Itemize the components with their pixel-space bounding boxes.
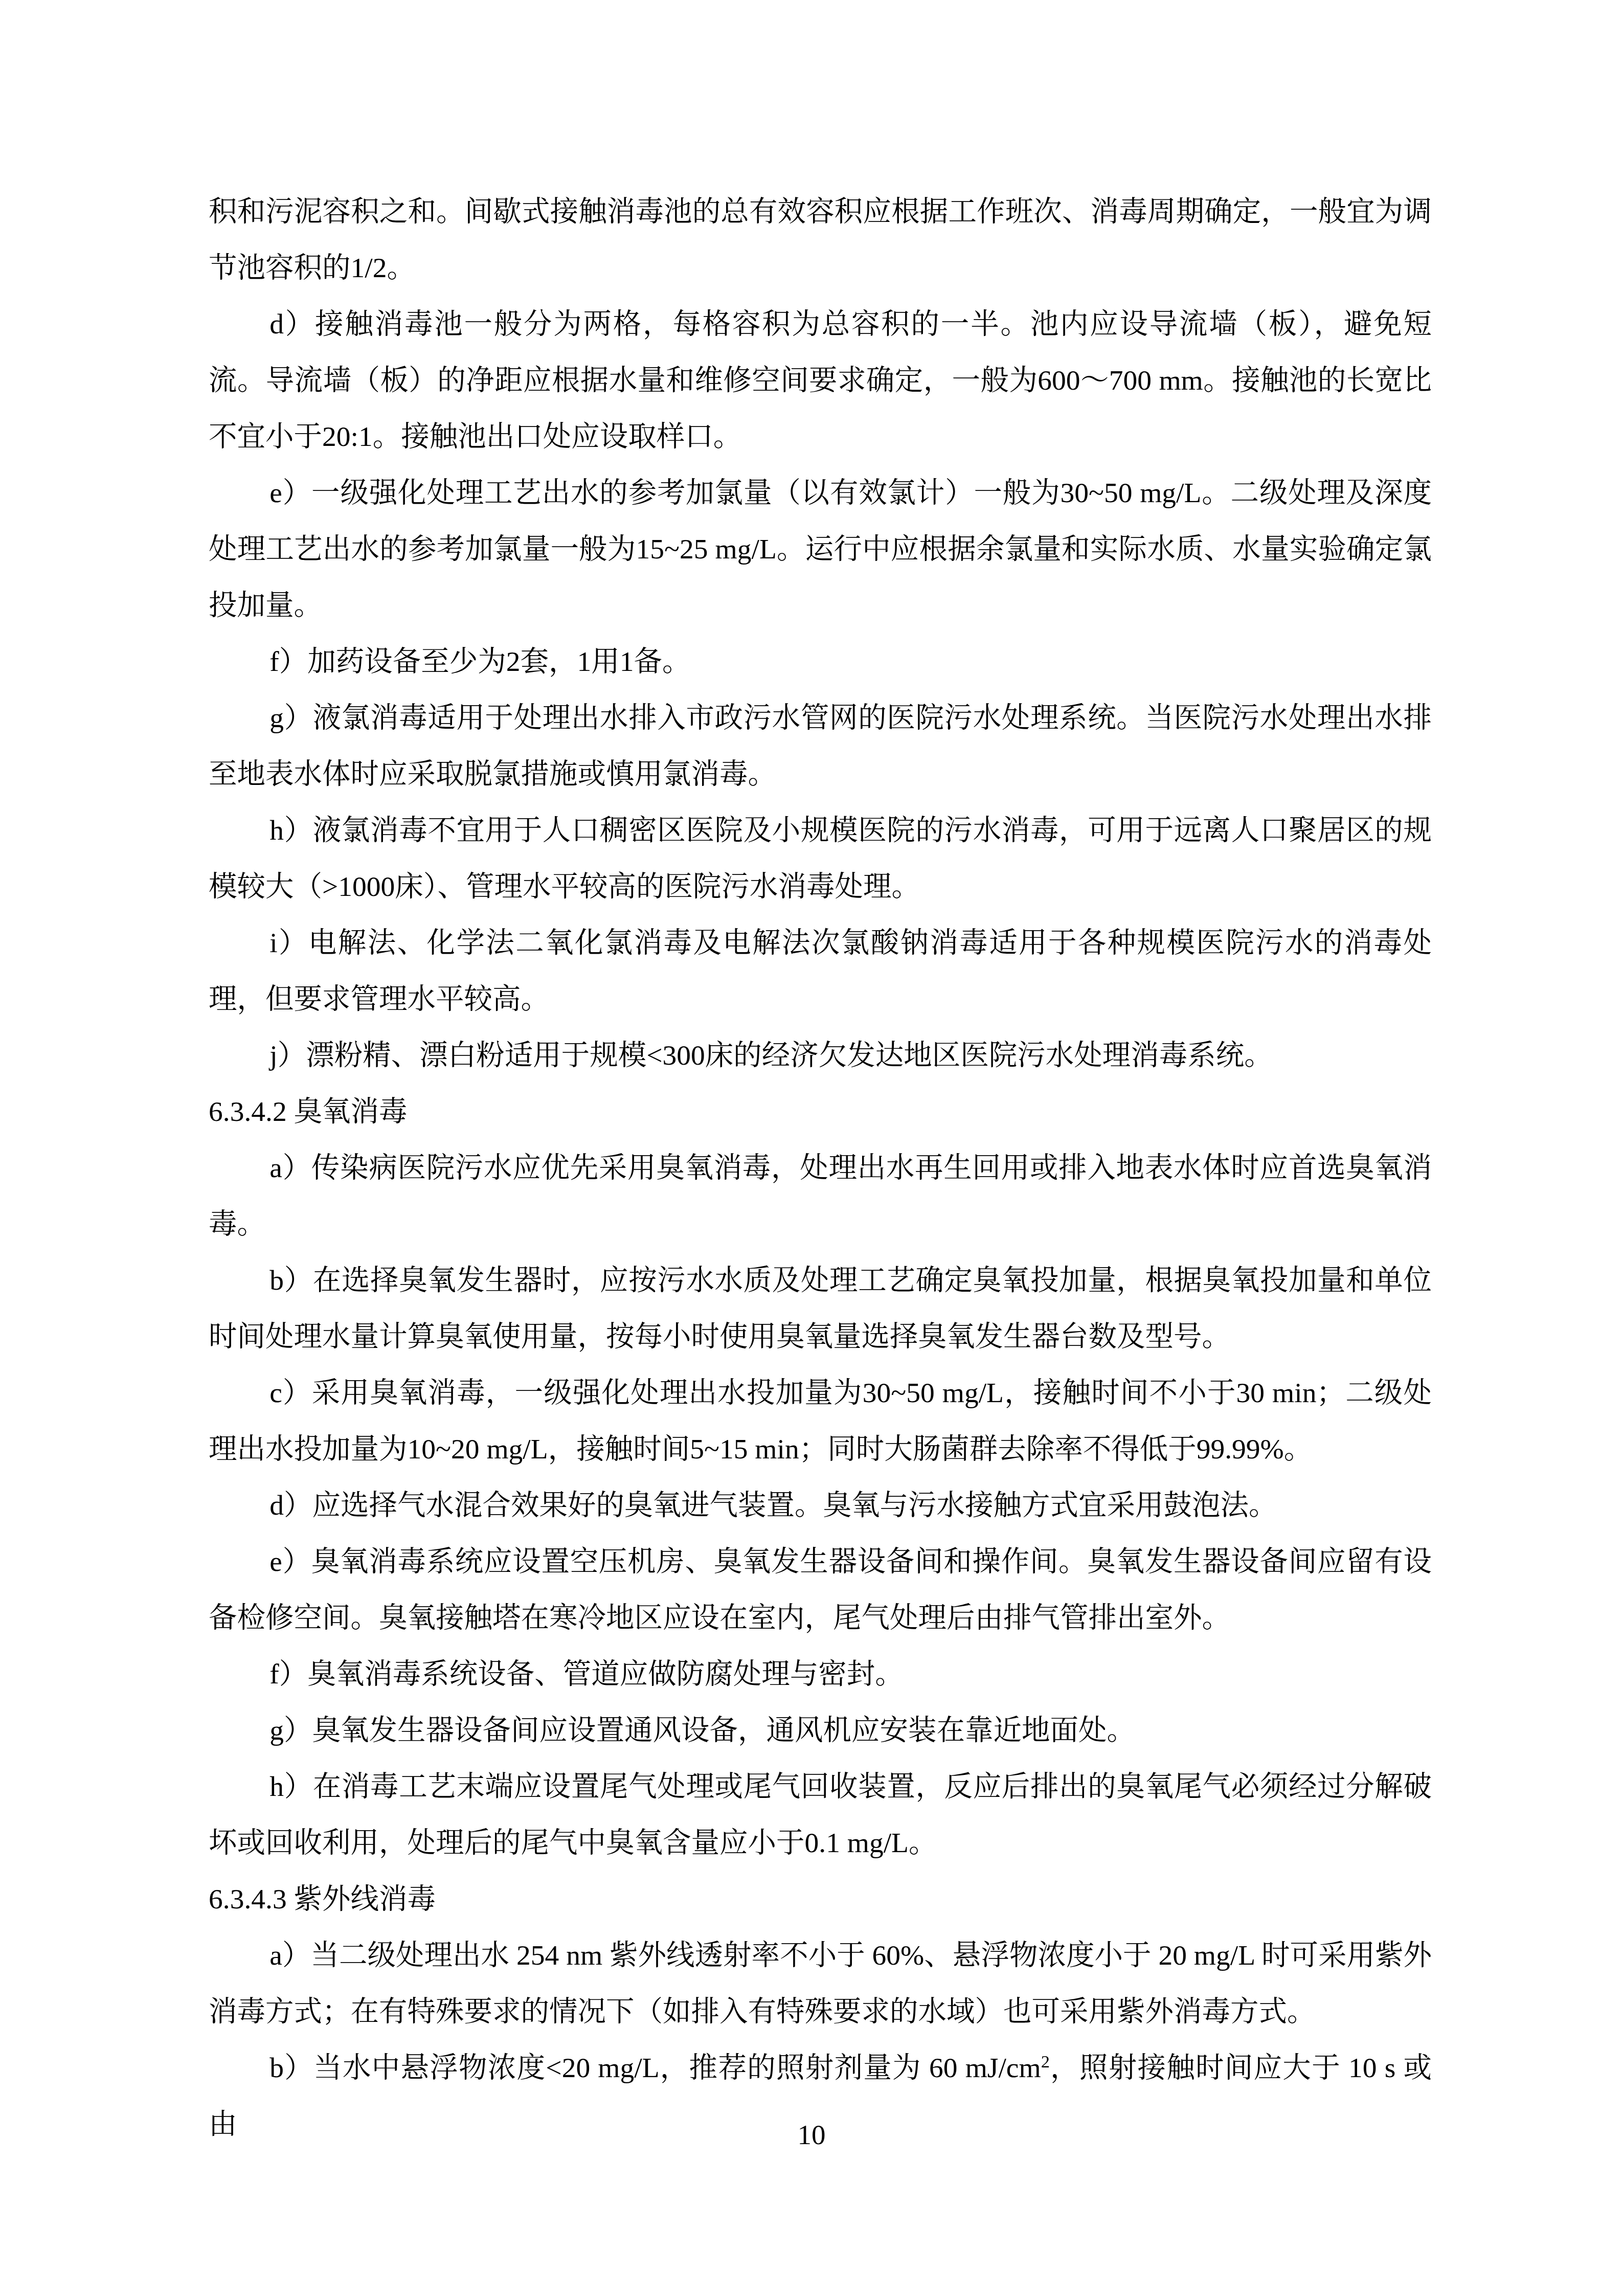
- item-b-ozone-generator: b）在选择臭氧发生器时，应按污水水质及处理工艺确定臭氧投加量，根据臭氧投加量和单…: [209, 1253, 1432, 1365]
- item-c-ozone-dose: c）采用臭氧消毒，一级强化处理出水投加量为30~50 mg/L，接触时间不小于3…: [209, 1365, 1432, 1478]
- paragraph-continuation: 积和污泥容积之和。间歇式接触消毒池的总有效容积应根据工作班次、消毒周期确定，一般…: [209, 184, 1432, 297]
- item-e-ozone-rooms: e）臭氧消毒系统应设置空压机房、臭氧发生器设备间和操作间。臭氧发生器设备间应留有…: [209, 1534, 1432, 1647]
- item-a-ozone-priority: a）传染病医院污水应优先采用臭氧消毒，处理出水再生回用或排入地表水体时应首选臭氧…: [209, 1140, 1432, 1253]
- document-page: 积和污泥容积之和。间歇式接触消毒池的总有效容积应根据工作班次、消毒周期确定，一般…: [0, 0, 1623, 2296]
- item-f-dosing-equipment: f）加药设备至少为2套，1用1备。: [209, 634, 1432, 690]
- item-h-ozone-tail-gas: h）在消毒工艺末端应设置尾气处理或尾气回收装置，反应后排出的臭氧尾气必须经过分解…: [209, 1759, 1432, 1872]
- item-g-liquid-chlorine-use: g）液氯消毒适用于处理出水排入市政污水管网的医院污水处理系统。当医院污水处理出水…: [209, 690, 1432, 803]
- item-j-bleaching-powder: j）漂粉精、漂白粉适用于规模<300床的经济欠发达地区医院污水处理消毒系统。: [209, 1028, 1432, 1084]
- item-f-ozone-anticorrosion: f）臭氧消毒系统设备、管道应做防腐处理与密封。: [209, 1647, 1432, 1703]
- uv-dose-superscript: 2: [1041, 2052, 1050, 2072]
- item-g-ozone-ventilation: g）臭氧发生器设备间应设置通风设备，通风机应安装在靠近地面处。: [209, 1703, 1432, 1759]
- heading-6-3-4-3-uv: 6.3.4.3 紫外线消毒: [209, 1872, 1432, 1928]
- item-i-electrolysis: i）电解法、化学法二氧化氯消毒及电解法次氯酸钠消毒适用于各种规模医院污水的消毒处…: [209, 915, 1432, 1028]
- uv-dose-text-pre: b）当水中悬浮物浓度<20 mg/L，推荐的照射剂量为 60 mJ/cm: [269, 2053, 1041, 2084]
- heading-6-3-4-2-ozone: 6.3.4.2 臭氧消毒: [209, 1084, 1432, 1140]
- item-h-liquid-chlorine-limit: h）液氯消毒不宜用于人口稠密区医院及小规模医院的污水消毒，可用于远离人口聚居区的…: [209, 803, 1432, 915]
- item-d-contact-tank: d）接触消毒池一般分为两格，每格容积为总容积的一半。池内应设导流墙（板），避免短…: [209, 297, 1432, 465]
- body-text-block: 积和污泥容积之和。间歇式接触消毒池的总有效容积应根据工作班次、消毒周期确定，一般…: [209, 184, 1432, 2153]
- page-number: 10: [0, 2120, 1623, 2150]
- item-e-chlorine-dose: e）一级强化处理工艺出水的参考加氯量（以有效氯计）一般为30~50 mg/L。二…: [209, 465, 1432, 634]
- item-d-ozone-mixing: d）应选择气水混合效果好的臭氧进气装置。臭氧与污水接触方式宜采用鼓泡法。: [209, 1478, 1432, 1534]
- item-a-uv-conditions: a）当二级处理出水 254 nm 紫外线透射率不小于 60%、悬浮物浓度小于 2…: [209, 1928, 1432, 2040]
